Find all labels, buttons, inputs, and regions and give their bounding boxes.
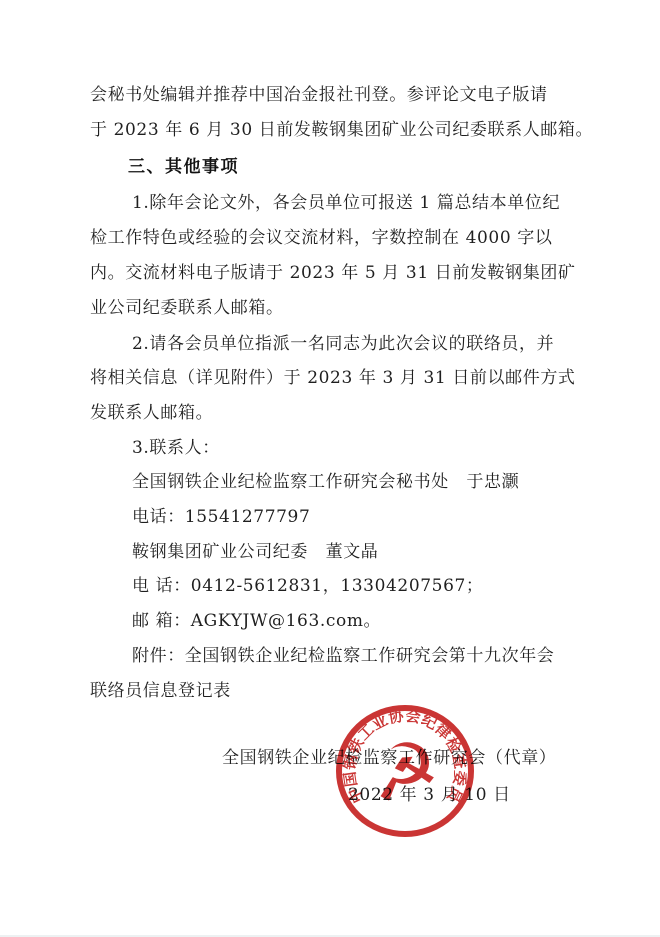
- doc-line: 检工作特色或经验的会议交流材料，字数控制在 4000 字以: [90, 227, 552, 249]
- contact-phone2-line: 电 话：0412-5612831，13304207567；: [132, 575, 484, 597]
- document-page: 会秘书处编辑并推荐中国冶金报社刊登。参评论文电子版请 于 2023 年 6 月 …: [0, 0, 660, 937]
- attachment-line-wrap: 联络员信息登记表: [90, 680, 231, 702]
- contact-phone-line: 电话：15541277797: [132, 506, 310, 528]
- contact-committee-line: 鞍钢集团矿业公司纪委 董文晶: [132, 541, 378, 563]
- contact-secretariat-line: 全国钢铁企业纪检监察工作研究会秘书处 于忠灏: [132, 471, 519, 493]
- doc-line: 1.除年会论文外，各会员单位可报送 1 篇总结本单位纪: [132, 192, 560, 214]
- doc-line: 内。交流材料电子版请于 2023 年 5 月 31 日前发鞍钢集团矿: [90, 262, 576, 284]
- official-seal: 中国钢铁工业协会纪律检查委员会 ☭: [330, 699, 480, 844]
- contact-email-line: 邮 箱：AGKYJW@163.com。: [132, 610, 381, 632]
- doc-line: 于 2023 年 6 月 30 日前发鞍钢集团矿业公司纪委联系人邮箱。: [90, 119, 593, 141]
- doc-line: 3.联系人：: [132, 437, 220, 459]
- doc-line: 业公司纪委联系人邮箱。: [90, 297, 284, 319]
- doc-line: 发联系人邮箱。: [90, 402, 213, 424]
- attachment-line: 附件：全国钢铁企业纪检监察工作研究会第十九次年会: [132, 645, 554, 667]
- doc-line: 2.请各会员单位指派一名同志为此次会议的联络员，并: [132, 333, 554, 355]
- doc-line: 会秘书处编辑并推荐中国冶金报社刊登。参评论文电子版请: [90, 84, 548, 106]
- section-heading: 三、其他事项: [128, 156, 239, 178]
- hammer-sickle-icon: ☭: [365, 723, 445, 821]
- doc-line: 将相关信息（详见附件）于 2023 年 3 月 31 日前以邮件方式: [90, 367, 576, 389]
